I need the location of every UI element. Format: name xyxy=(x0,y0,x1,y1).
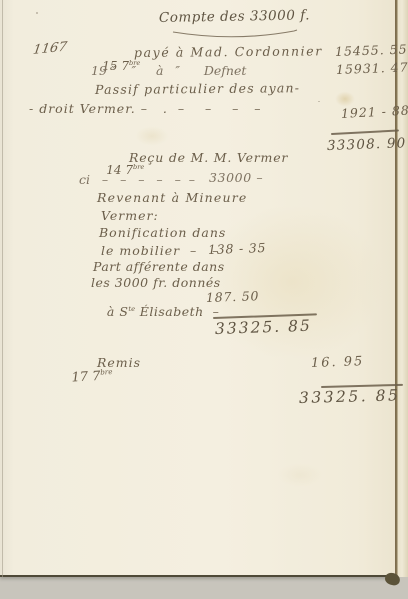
grand-total-amount: 33325. 85 xyxy=(299,388,401,406)
page-title: Compte des 33000 f. xyxy=(159,9,310,25)
entry-text: Part afférente dans xyxy=(93,261,225,274)
folio-number: 1167 xyxy=(32,41,68,57)
right-page-edge xyxy=(395,0,408,577)
entry-text: Reçu de M. M. Vermer xyxy=(129,152,288,165)
title-underline-flourish xyxy=(170,29,300,42)
scanned-ledger-page: Compte des 33000 f. 1167 15 7bre payé à … xyxy=(0,0,408,599)
entry-text: Remis xyxy=(97,357,141,370)
entry-amount: 33000 – xyxy=(209,172,263,185)
subtotal-amount: 33308. 90 xyxy=(327,137,407,153)
subtotal-amount: 33325. 85 xyxy=(215,319,312,338)
entry-text: les 3000 fr. donnés xyxy=(91,277,221,290)
entry-text: - droit Vermer. – . – – – – xyxy=(29,103,262,116)
entry-text: Vermer: xyxy=(101,210,159,223)
entry-amount: 138 - 35 xyxy=(208,242,267,257)
entry-amount: 15931. 47 xyxy=(336,61,408,76)
entry-text: Bonification dans xyxy=(99,227,226,240)
entry-amount: 16. 95 xyxy=(311,355,365,370)
entry-text: Revenant à Mineure xyxy=(97,192,248,205)
entry-text: payé à Mad. Cordonnier xyxy=(134,45,323,59)
paper-speck xyxy=(36,12,38,14)
left-page-edge xyxy=(2,0,3,577)
entry-text-pre: à S xyxy=(107,304,129,319)
entry-text-post: Élisabeth – xyxy=(135,304,219,319)
entry-text: le mobilier – – xyxy=(101,245,219,258)
entry-text: ci – – – – – – xyxy=(79,174,195,187)
entry-text: 19 ″ ″ à ″ Defnet xyxy=(91,65,246,78)
entry-date-main: 17 7 xyxy=(71,369,101,385)
paper-speck xyxy=(318,101,320,102)
entry-amount: 15455. 55 xyxy=(335,43,408,58)
entry-amount: 187. 50 xyxy=(206,290,260,304)
entry-text: Passif particulier des ayan- xyxy=(95,82,300,96)
entry-text: à Ste Élisabeth – xyxy=(89,293,219,331)
